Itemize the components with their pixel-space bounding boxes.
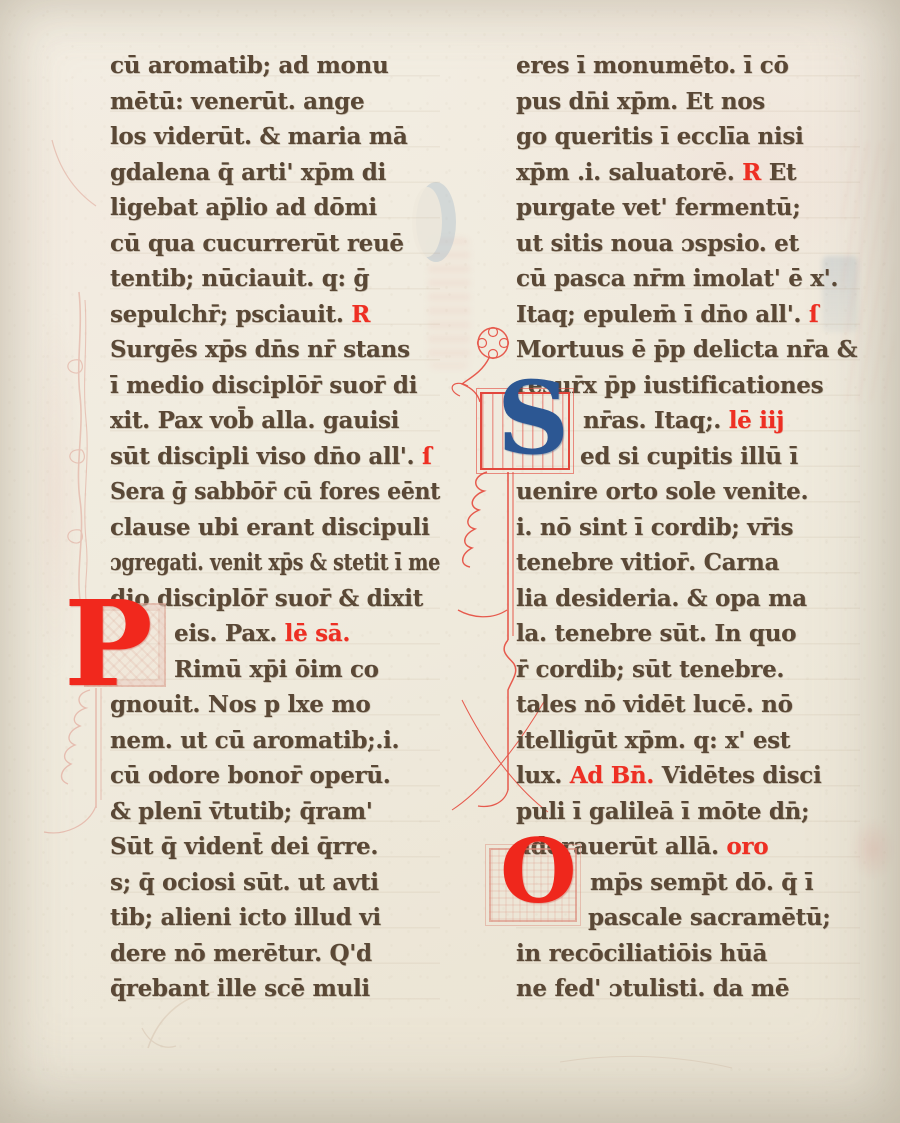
text-line: go queritis ī ecclīa nisi: [516, 119, 860, 155]
text-line: lia desideria. & opa ma: [516, 581, 860, 617]
text-line: tentib; nūciauit. q: ḡ: [110, 261, 440, 297]
parchment-wash: [18, 250, 92, 740]
text-line: xp̄m .i. saluatorē. R Et: [516, 155, 860, 191]
text-line: tales nō vidēt lucē. nō: [516, 687, 860, 723]
text-line: cū aromatib; ad monu: [110, 48, 440, 84]
text-line: uenire orto sole venite.: [516, 474, 860, 510]
text-line: adorauerūt allā. oro: [516, 829, 860, 865]
text-line: purgate vet' fermentū;: [516, 190, 860, 226]
text-line: pus dn̄i xp̄m. Et nos: [516, 84, 860, 120]
text-line: Rimū xp̄i ōim co: [110, 652, 440, 688]
text-line: tib; alieni icto illud vi: [110, 900, 440, 936]
text-line: cū pasca nr̄m imolat' ē x'.: [516, 261, 860, 297]
text-line: ne fed' ɔtulisti. da mē: [516, 971, 860, 1007]
text-line: Sera ḡ sabbōr̄ cū fores eēnt: [110, 474, 440, 510]
text-line: ut sitis noua ɔspsio. et: [516, 226, 860, 262]
left-margin-penwork-flourish: [52, 140, 96, 600]
text-line: puli ī galileā ī mōte dn̄;: [516, 794, 860, 830]
text-line: itelligūt xp̄m. q: x' est: [516, 723, 860, 759]
text-line: gdalena q̄ arti' xp̄m di: [110, 155, 440, 191]
text-line: dio disciplōr̄ suor̄ & dixit: [110, 581, 440, 617]
text-line: resur̄x p̄p iustificationes: [516, 368, 860, 404]
text-line: cū qua cucurrerūt reuē: [110, 226, 440, 262]
text-line: s; q̄ ociosi sūt. ut avti: [110, 865, 440, 901]
text-line: la. tenebre sūt. In quo: [516, 616, 860, 652]
text-line: ligebat ap̄lio ad dōmi: [110, 190, 440, 226]
text-line: xit. Pax vob̄ alla. gauisi: [110, 403, 440, 439]
text-line: dere nō merētur. Q'd: [110, 936, 440, 972]
text-line: in recōciliatiōis hūā: [516, 936, 860, 972]
text-line: Mortuus ē p̄p delicta nr̄a &: [516, 332, 860, 368]
text-line: pascale sacramētū;: [516, 900, 860, 936]
text-line: sūt discipli viso dn̄o all'. ſ: [110, 439, 440, 475]
text-line: ī medio disciplōr̄ suor̄ di: [110, 368, 440, 404]
text-line: nr̄as. Itaq;. lē iij: [516, 403, 860, 439]
text-column-left: cū aromatib; ad monumētū: venerūt. angel…: [110, 48, 440, 1028]
text-line: mp̄s semp̄t dō. q̄ ī: [516, 865, 860, 901]
text-line: i. nō sint ī cordib; vr̄is: [516, 510, 860, 546]
text-line: & plenī v̄tutib; q̄ram': [110, 794, 440, 830]
text-line: tenebre vitior̄. Carna: [516, 545, 860, 581]
text-line: sepulchr̄; psciauit. R: [110, 297, 440, 333]
text-line: ɔgregati. venit xp̄s & stetit ī me: [110, 545, 440, 581]
text-line: gnouit. Nos p lxe mo: [110, 687, 440, 723]
text-line: lux. Ad Bn̄. Vidētes disci: [516, 758, 860, 794]
text-line: mētū: venerūt. ange: [110, 84, 440, 120]
initial-p-penwork-tail: [44, 688, 101, 833]
text-line: clause ubi erant discipuli: [110, 510, 440, 546]
text-column-right: eres ī monumēto. ī cōpus dn̄i xp̄m. Et n…: [516, 48, 860, 1028]
text-line: nem. ut cū aromatib;.i.: [110, 723, 440, 759]
text-line: Sūt q̄ vident̄ dei q̄rre.: [110, 829, 440, 865]
text-line: Surgēs xp̄s dn̄s nr̄ stans: [110, 332, 440, 368]
text-line: eres ī monumēto. ī cō: [516, 48, 860, 84]
text-line: ed si cupitis illū ī: [516, 439, 860, 475]
text-line: eis. Pax. lē sā.: [110, 616, 440, 652]
text-line: cū odore bonor̄ operū.: [110, 758, 440, 794]
text-line: los viderūt. & maria mā: [110, 119, 440, 155]
text-line: q̄rebant ille scē muli: [110, 971, 440, 1007]
manuscript-page: cū aromatib; ad monumētū: venerūt. angel…: [0, 0, 900, 1123]
text-line: r̄ cordib; sūt tenebre.: [516, 652, 860, 688]
text-line: Itaq; epulem̄ ī dn̄o all'. ſ: [516, 297, 860, 333]
